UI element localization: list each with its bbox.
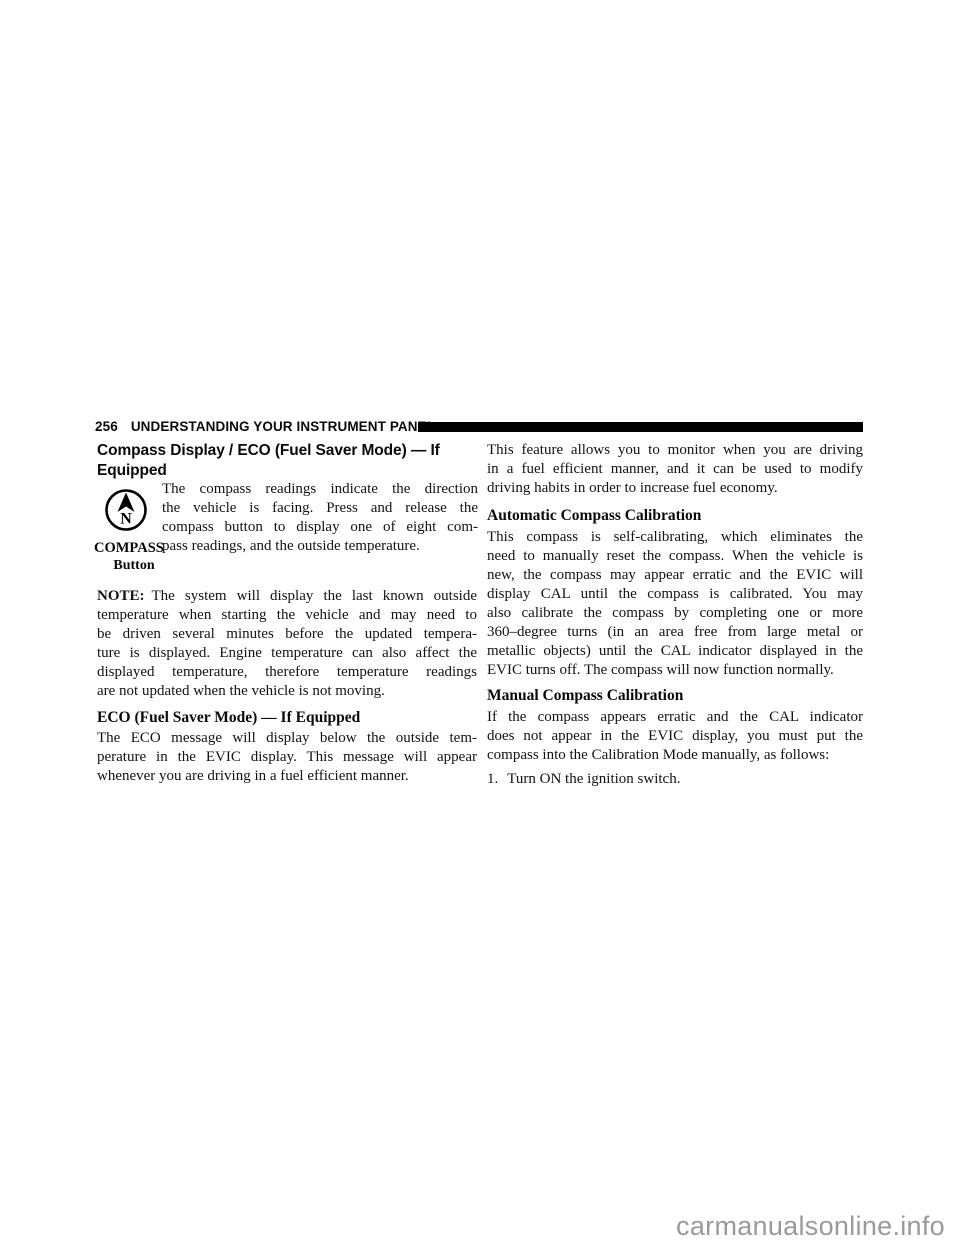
compass-north-icon: N: [104, 488, 148, 537]
section-title: Compass Display / ECO (Fuel Saver Mode) …: [97, 441, 440, 481]
svg-text:N: N: [120, 511, 132, 528]
step-text: Turn ON the ignition switch.: [507, 771, 680, 787]
eco-feature-paragraph: This feature allows you to monitor when …: [487, 441, 863, 498]
text-line: This feature allows you to monitor when …: [487, 441, 863, 460]
note-label: NOTE:: [97, 588, 145, 604]
text-line: ture is displayed. Engine temperature ca…: [97, 644, 477, 663]
page-header: 256UNDERSTANDING YOUR INSTRUMENT PANEL: [95, 420, 435, 434]
text-line: driving habits in order to increase fuel…: [487, 479, 863, 498]
text-line: whenever you are driving in a fuel effic…: [97, 767, 477, 786]
text-line: are not updated when the vehicle is not …: [97, 682, 477, 701]
text-line: 360–degree turns (in an area free from l…: [487, 623, 863, 642]
text-line: perature in the EVIC display. This messa…: [97, 748, 477, 767]
manual-calibration-paragraph: If the compass appears erratic and the C…: [487, 708, 863, 765]
text-line: Equipped: [97, 461, 440, 481]
text-line: If the compass appears erratic and the C…: [487, 708, 863, 727]
note-paragraph: NOTE:The system will display the last kn…: [97, 587, 477, 701]
text-line: compass into the Calibration Mode manual…: [487, 746, 863, 765]
text-line: be driven several minutes before the upd…: [97, 625, 477, 644]
automatic-calibration-heading: Automatic Compass Calibration: [487, 506, 701, 525]
compass-intro-paragraph: The compass readings indicate the direct…: [162, 480, 478, 556]
text-line: pass readings, and the outside temperatu…: [162, 537, 478, 556]
text-line: new, the compass may appear erratic and …: [487, 566, 863, 585]
text-line: The compass readings indicate the direct…: [162, 480, 478, 499]
text-line: temperature when starting the vehicle an…: [97, 606, 477, 625]
text-line: need to manually reset the compass. When…: [487, 547, 863, 566]
automatic-calibration-paragraph: This compass is self-calibrating, which …: [487, 528, 863, 680]
eco-paragraph: The ECO message will display below the o…: [97, 729, 477, 786]
note-first-line: NOTE:The system will display the last kn…: [97, 587, 477, 606]
manual-page: 256UNDERSTANDING YOUR INSTRUMENT PANEL C…: [0, 0, 960, 1242]
text-line: also calibrate the compass by completing…: [487, 604, 863, 623]
eco-heading: ECO (Fuel Saver Mode) — If Equipped: [97, 708, 360, 727]
text-line: in a fuel efficient manner, and it can b…: [487, 460, 863, 479]
header-title: UNDERSTANDING YOUR INSTRUMENT PANEL: [131, 419, 435, 434]
watermark-text: carmanualsonline.info: [676, 1211, 945, 1242]
page-number: 256: [95, 419, 118, 434]
text-line: display CAL until the compass is calibra…: [487, 585, 863, 604]
text-line: metallic objects) until the CAL indicato…: [487, 642, 863, 661]
text-line: The ECO message will display below the o…: [97, 729, 477, 748]
text-line: the vehicle is facing. Press and release…: [162, 499, 478, 518]
text-line: EVIC turns off. The compass will now fun…: [487, 661, 863, 680]
step-number: 1.: [487, 771, 498, 787]
compass-north-icon-svg: N: [104, 488, 148, 532]
compass-caption-line1: COMPASS: [94, 539, 170, 557]
text-line: does not appear in the EVIC display, you…: [487, 727, 863, 746]
text-line: This compass is self-calibrating, which …: [487, 528, 863, 547]
compass-caption-line2: Button: [100, 557, 168, 575]
manual-calibration-heading: Manual Compass Calibration: [487, 686, 683, 705]
note-first-line-text: The system will display the last known o…: [152, 588, 477, 604]
text-line: compass button to display one of eight c…: [162, 518, 478, 537]
text-line: Compass Display / ECO (Fuel Saver Mode) …: [97, 441, 440, 461]
calibration-step-1: 1.Turn ON the ignition switch.: [487, 770, 863, 789]
header-rule-bar: [418, 422, 863, 432]
note-body-lines: temperature when starting the vehicle an…: [97, 606, 477, 701]
compass-button-caption: COMPASS Button: [94, 539, 170, 575]
text-line: displayed temperature, therefore tempera…: [97, 663, 477, 682]
